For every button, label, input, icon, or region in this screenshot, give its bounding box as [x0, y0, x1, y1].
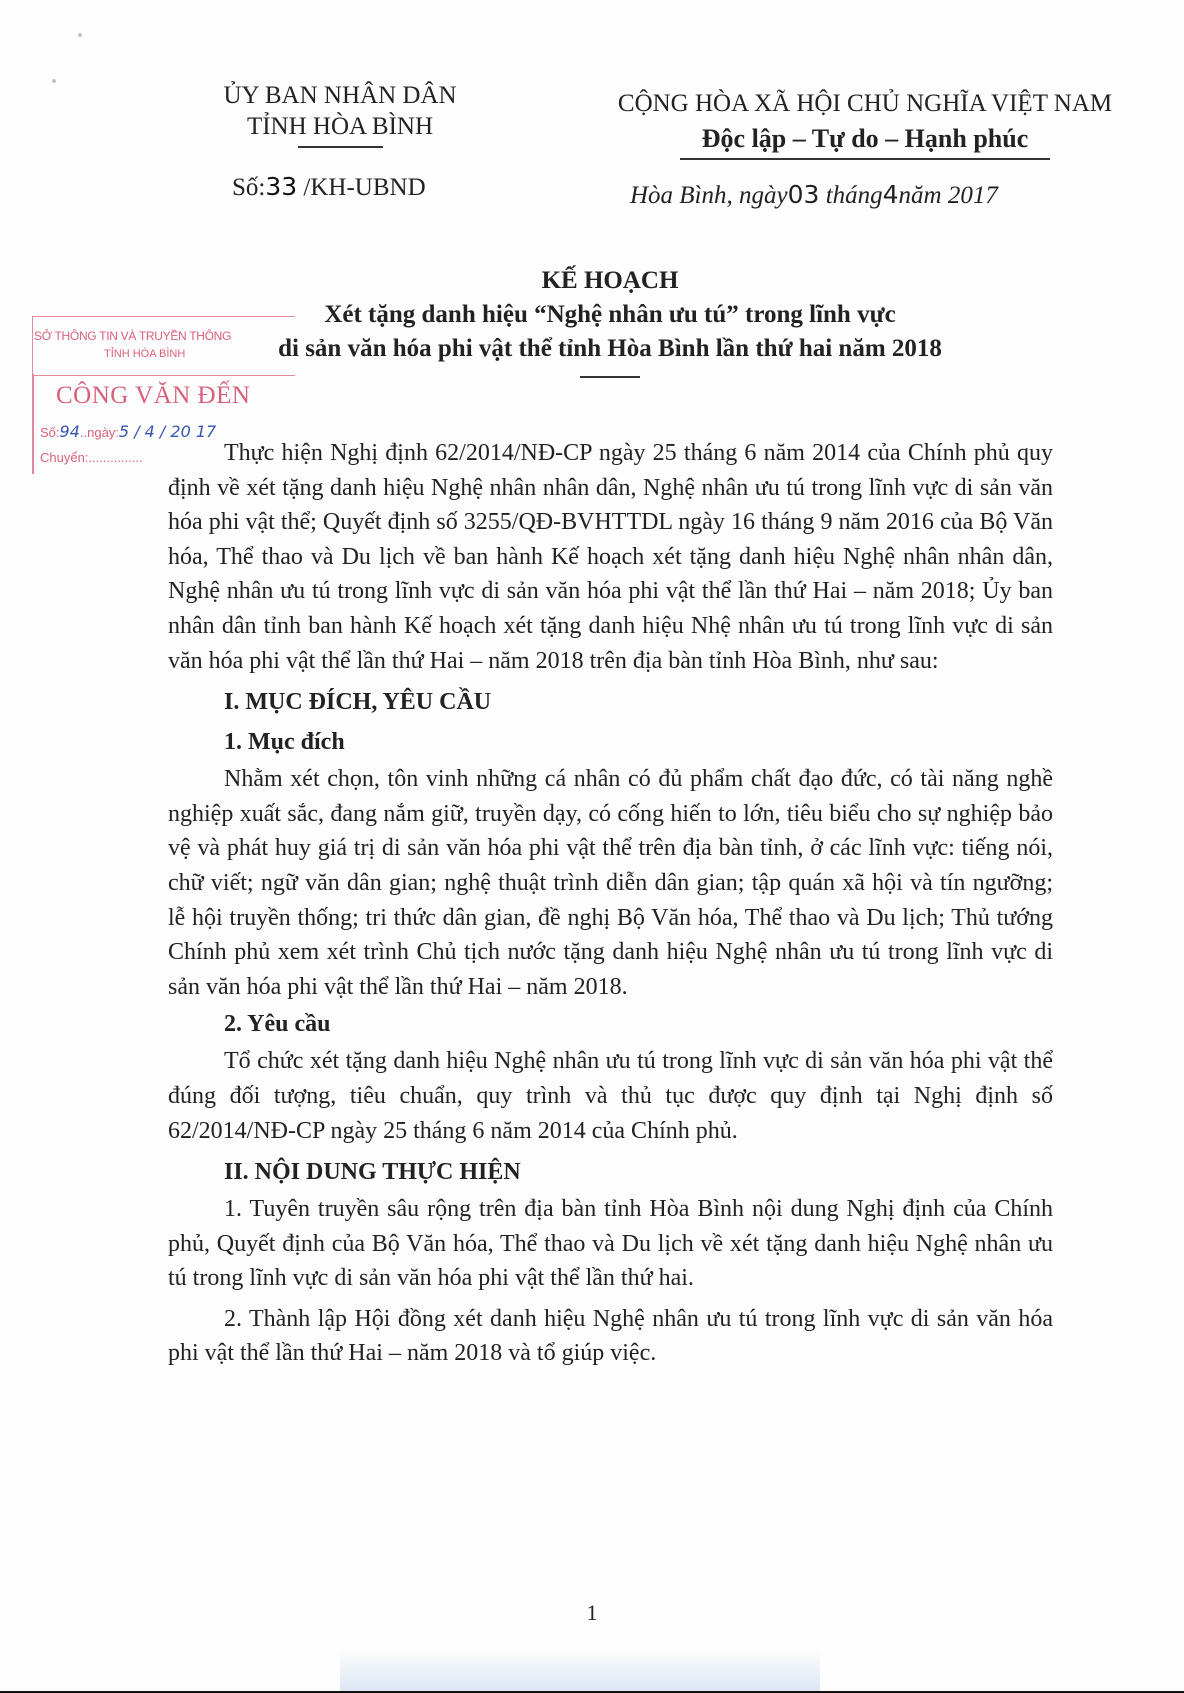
- authority-line-1: ỦY BAN NHÂN DÂN: [190, 80, 490, 111]
- scan-speck: [78, 33, 82, 37]
- stamp-agency-line-1: SỞ THÔNG TIN VÀ TRUYỀN THÔNG: [34, 329, 231, 343]
- document-body: Thực hiện Nghị định 62/2014/NĐ-CP ngày 2…: [168, 436, 1053, 1371]
- document-number: Số:33 /KH-UBND: [232, 172, 426, 202]
- national-title: CỘNG HÒA XÃ HỘI CHỦ NGHĨA VIỆT NAM Độc l…: [590, 86, 1140, 160]
- section-1-1-text: Nhằm xét chọn, tôn vinh những cá nhân có…: [168, 762, 1053, 1004]
- month-label: tháng: [819, 182, 882, 209]
- section-2-item-1: 1. Tuyên truyền sâu rộng trên địa bàn tỉ…: [168, 1192, 1053, 1296]
- page-number: 1: [0, 1600, 1184, 1626]
- scan-speck: [52, 79, 56, 83]
- stamp-forward: Chuyển:...............: [40, 450, 143, 465]
- section-1-heading: I. MỤC ĐÍCH, YÊU CẦU: [168, 682, 1053, 722]
- stamp-number-label: Số:: [40, 425, 60, 440]
- title-line-1: Xét tặng danh hiệu “Nghệ nhân ưu tú” tro…: [180, 298, 1040, 332]
- scan-shadow: [340, 1650, 820, 1692]
- authority-line-2: TỈNH HÒA BÌNH: [190, 111, 490, 142]
- date-prefix: Hòa Bình, ngày: [630, 182, 788, 209]
- national-name: CỘNG HÒA XÃ HỘI CHỦ NGHĨA VIỆT NAM: [590, 86, 1140, 121]
- month-handwritten: 4: [883, 180, 899, 209]
- national-motto: Độc lập – Tự do – Hạnh phúc: [590, 121, 1140, 156]
- section-1-2-heading: 2. Yêu cầu: [168, 1004, 1053, 1044]
- section-1-1-heading: 1. Mục đích: [168, 722, 1053, 762]
- title-line-2: di sản văn hóa phi vật thể tỉnh Hòa Bình…: [180, 332, 1040, 366]
- year-text: năm 2017: [899, 182, 998, 209]
- stamp-frame-side: [32, 374, 34, 474]
- issue-date: Hòa Bình, ngày03 tháng4năm 2017: [630, 180, 998, 210]
- document-number-prefix: Số:: [232, 174, 265, 201]
- stamp-date-label: ngày:: [87, 425, 119, 440]
- stamp-number-value: 94: [60, 422, 80, 441]
- document-title: KẾ HOẠCH Xét tặng danh hiệu “Nghệ nhân ư…: [180, 264, 1040, 378]
- title-underline: [580, 376, 640, 378]
- document-number-suffix: /KH-UBND: [297, 174, 425, 201]
- section-2-heading: II. NỘI DUNG THỰC HIỆN: [168, 1152, 1053, 1192]
- day-handwritten: 03: [788, 180, 820, 209]
- intro-paragraph: Thực hiện Nghị định 62/2014/NĐ-CP ngày 2…: [168, 436, 1053, 678]
- motto-underline: [680, 158, 1050, 160]
- stamp-frame: [32, 316, 295, 376]
- title-heading: KẾ HOẠCH: [180, 264, 1040, 298]
- section-2-item-2: 2. Thành lập Hội đồng xét danh hiệu Nghệ…: [168, 1302, 1053, 1371]
- authority-underline: [298, 146, 383, 148]
- stamp-agency-line-2: TỈNH HÒA BÌNH: [104, 348, 185, 360]
- document-number-handwritten: 33: [265, 172, 297, 201]
- stamp-forward-label: Chuyển:: [40, 450, 88, 465]
- scanned-document-page: ỦY BAN NHÂN DÂN TỈNH HÒA BÌNH Số:33 /KH-…: [0, 0, 1184, 1693]
- issuing-authority: ỦY BAN NHÂN DÂN TỈNH HÒA BÌNH: [190, 80, 490, 148]
- section-1-2-text: Tổ chức xét tặng danh hiệu Nghệ nhân ưu …: [168, 1044, 1053, 1148]
- stamp-forward-value: ...............: [88, 450, 142, 465]
- stamp-label: CÔNG VĂN ĐẾN: [56, 382, 250, 410]
